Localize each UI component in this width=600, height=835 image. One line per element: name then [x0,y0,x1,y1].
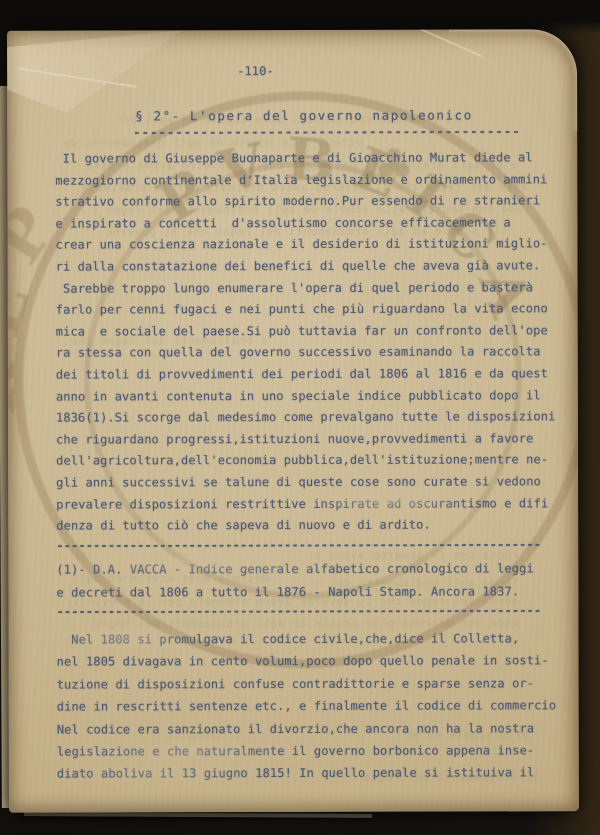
separator-line-top: ----------------------------------------… [56,537,541,552]
paragraph-codes: Nel 1808 si promulgava il codice civile,… [57,627,557,785]
separator-line-bottom: ----------------------------------------… [56,603,541,618]
page-number: -110- [237,64,274,78]
paragraph-main: Il governo di Giuseppe Buonaparte e di G… [55,147,555,537]
section-heading: § 2°- L'opera del governo napoleonico [135,108,473,124]
scanned-document-page: PVBLICA ♣ P E R si provvide con decreti … [7,29,579,812]
footnote-citation: (1)- D.A. VACCA - Indice generale alfabe… [56,557,534,604]
heading-underline: ----------------------------------------… [133,124,521,139]
typewritten-text-layer: -110- § 2°- L'opera del governo napoleon… [7,29,579,812]
